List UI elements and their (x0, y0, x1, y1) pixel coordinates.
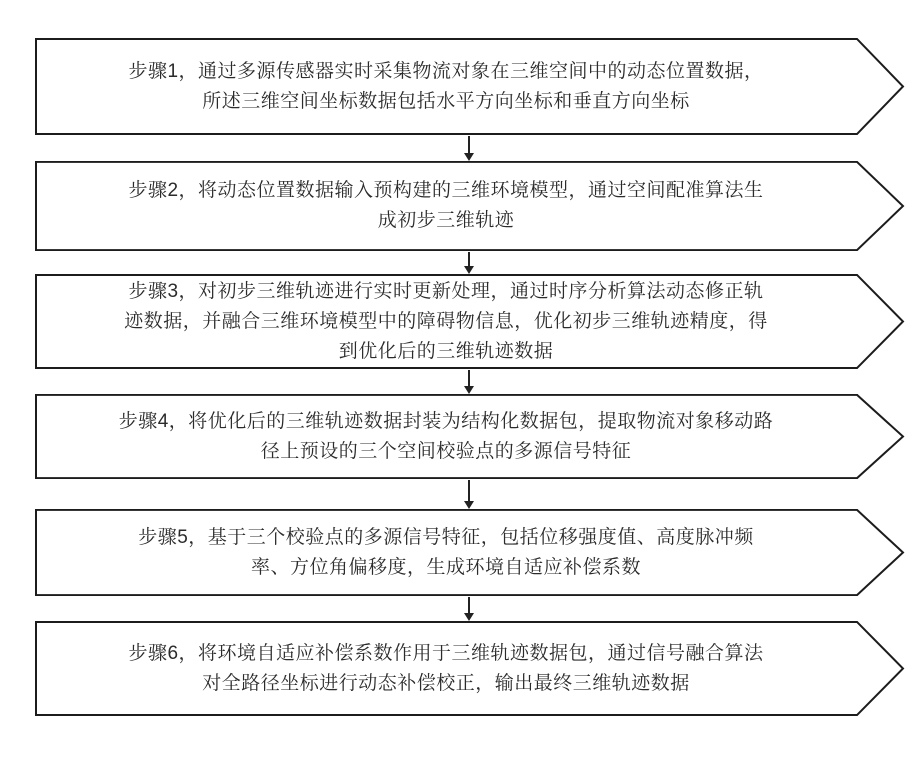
step-text: 步骤4，将优化后的三维轨迹数据封装为结构化数据包，提取物流对象移动路 径上预设的… (77, 394, 815, 479)
step-text-line: 到优化后的三维轨迹数据 (77, 337, 815, 367)
step-text: 步骤5，基于三个校验点的多源信号特征，包括位移强度值、高度脉冲频 率、方位角偏移… (77, 509, 815, 596)
step-box-1: 步骤1，通过多源传感器实时采集物流对象在三维空间中的动态位置数据， 所述三维空间… (35, 38, 905, 135)
step-text-line: 径上预设的三个空间校验点的多源信号特征 (77, 437, 815, 467)
step-text-line: 所述三维空间坐标数据包括水平方向坐标和垂直方向坐标 (77, 87, 815, 117)
step-text-line: 步骤3，对初步三维轨迹进行实时更新处理，通过时序分析算法动态修正轨 (77, 277, 815, 307)
down-arrow-icon (468, 480, 470, 501)
flow-connector (35, 251, 905, 274)
step-text: 步骤3，对初步三维轨迹进行实时更新处理，通过时序分析算法动态修正轨 迹数据，并融… (77, 274, 815, 369)
step-text-line: 率、方位角偏移度，生成环境自适应补偿系数 (77, 553, 815, 583)
flow-connector (35, 369, 905, 394)
step-box-4: 步骤4，将优化后的三维轨迹数据封装为结构化数据包，提取物流对象移动路 径上预设的… (35, 394, 905, 479)
step-text-line: 步骤2，将动态位置数据输入预构建的三维环境模型，通过空间配准算法生 (77, 176, 815, 206)
step-text-line: 步骤6，将环境自适应补偿系数作用于三维轨迹数据包，通过信号融合算法 (77, 639, 815, 669)
flow-connector (35, 479, 905, 509)
flowchart: 步骤1，通过多源传感器实时采集物流对象在三维空间中的动态位置数据， 所述三维空间… (35, 38, 905, 716)
step-text: 步骤1，通过多源传感器实时采集物流对象在三维空间中的动态位置数据， 所述三维空间… (77, 38, 815, 135)
step-text-line: 步骤4，将优化后的三维轨迹数据封装为结构化数据包，提取物流对象移动路 (77, 407, 815, 437)
step-text-line: 步骤5，基于三个校验点的多源信号特征，包括位移强度值、高度脉冲频 (77, 523, 815, 553)
flowchart-canvas: 步骤1，通过多源传感器实时采集物流对象在三维空间中的动态位置数据， 所述三维空间… (0, 0, 924, 762)
down-arrow-icon (468, 252, 470, 266)
down-arrow-icon (468, 136, 470, 153)
step-text-line: 成初步三维轨迹 (77, 206, 815, 236)
down-arrow-icon (468, 370, 470, 386)
step-text: 步骤6，将环境自适应补偿系数作用于三维轨迹数据包，通过信号融合算法 对全路径坐标… (77, 621, 815, 716)
step-box-6: 步骤6，将环境自适应补偿系数作用于三维轨迹数据包，通过信号融合算法 对全路径坐标… (35, 621, 905, 716)
step-box-2: 步骤2，将动态位置数据输入预构建的三维环境模型，通过空间配准算法生 成初步三维轨… (35, 161, 905, 251)
step-text-line: 迹数据，并融合三维环境模型中的障碍物信息，优化初步三维轨迹精度，得 (77, 307, 815, 337)
flow-connector (35, 596, 905, 621)
step-text: 步骤2，将动态位置数据输入预构建的三维环境模型，通过空间配准算法生 成初步三维轨… (77, 161, 815, 251)
step-box-3: 步骤3，对初步三维轨迹进行实时更新处理，通过时序分析算法动态修正轨 迹数据，并融… (35, 274, 905, 369)
down-arrow-icon (468, 597, 470, 613)
step-box-5: 步骤5，基于三个校验点的多源信号特征，包括位移强度值、高度脉冲频 率、方位角偏移… (35, 509, 905, 596)
step-text-line: 对全路径坐标进行动态补偿校正，输出最终三维轨迹数据 (77, 669, 815, 699)
flow-connector (35, 135, 905, 161)
step-text-line: 步骤1，通过多源传感器实时采集物流对象在三维空间中的动态位置数据， (77, 57, 815, 87)
